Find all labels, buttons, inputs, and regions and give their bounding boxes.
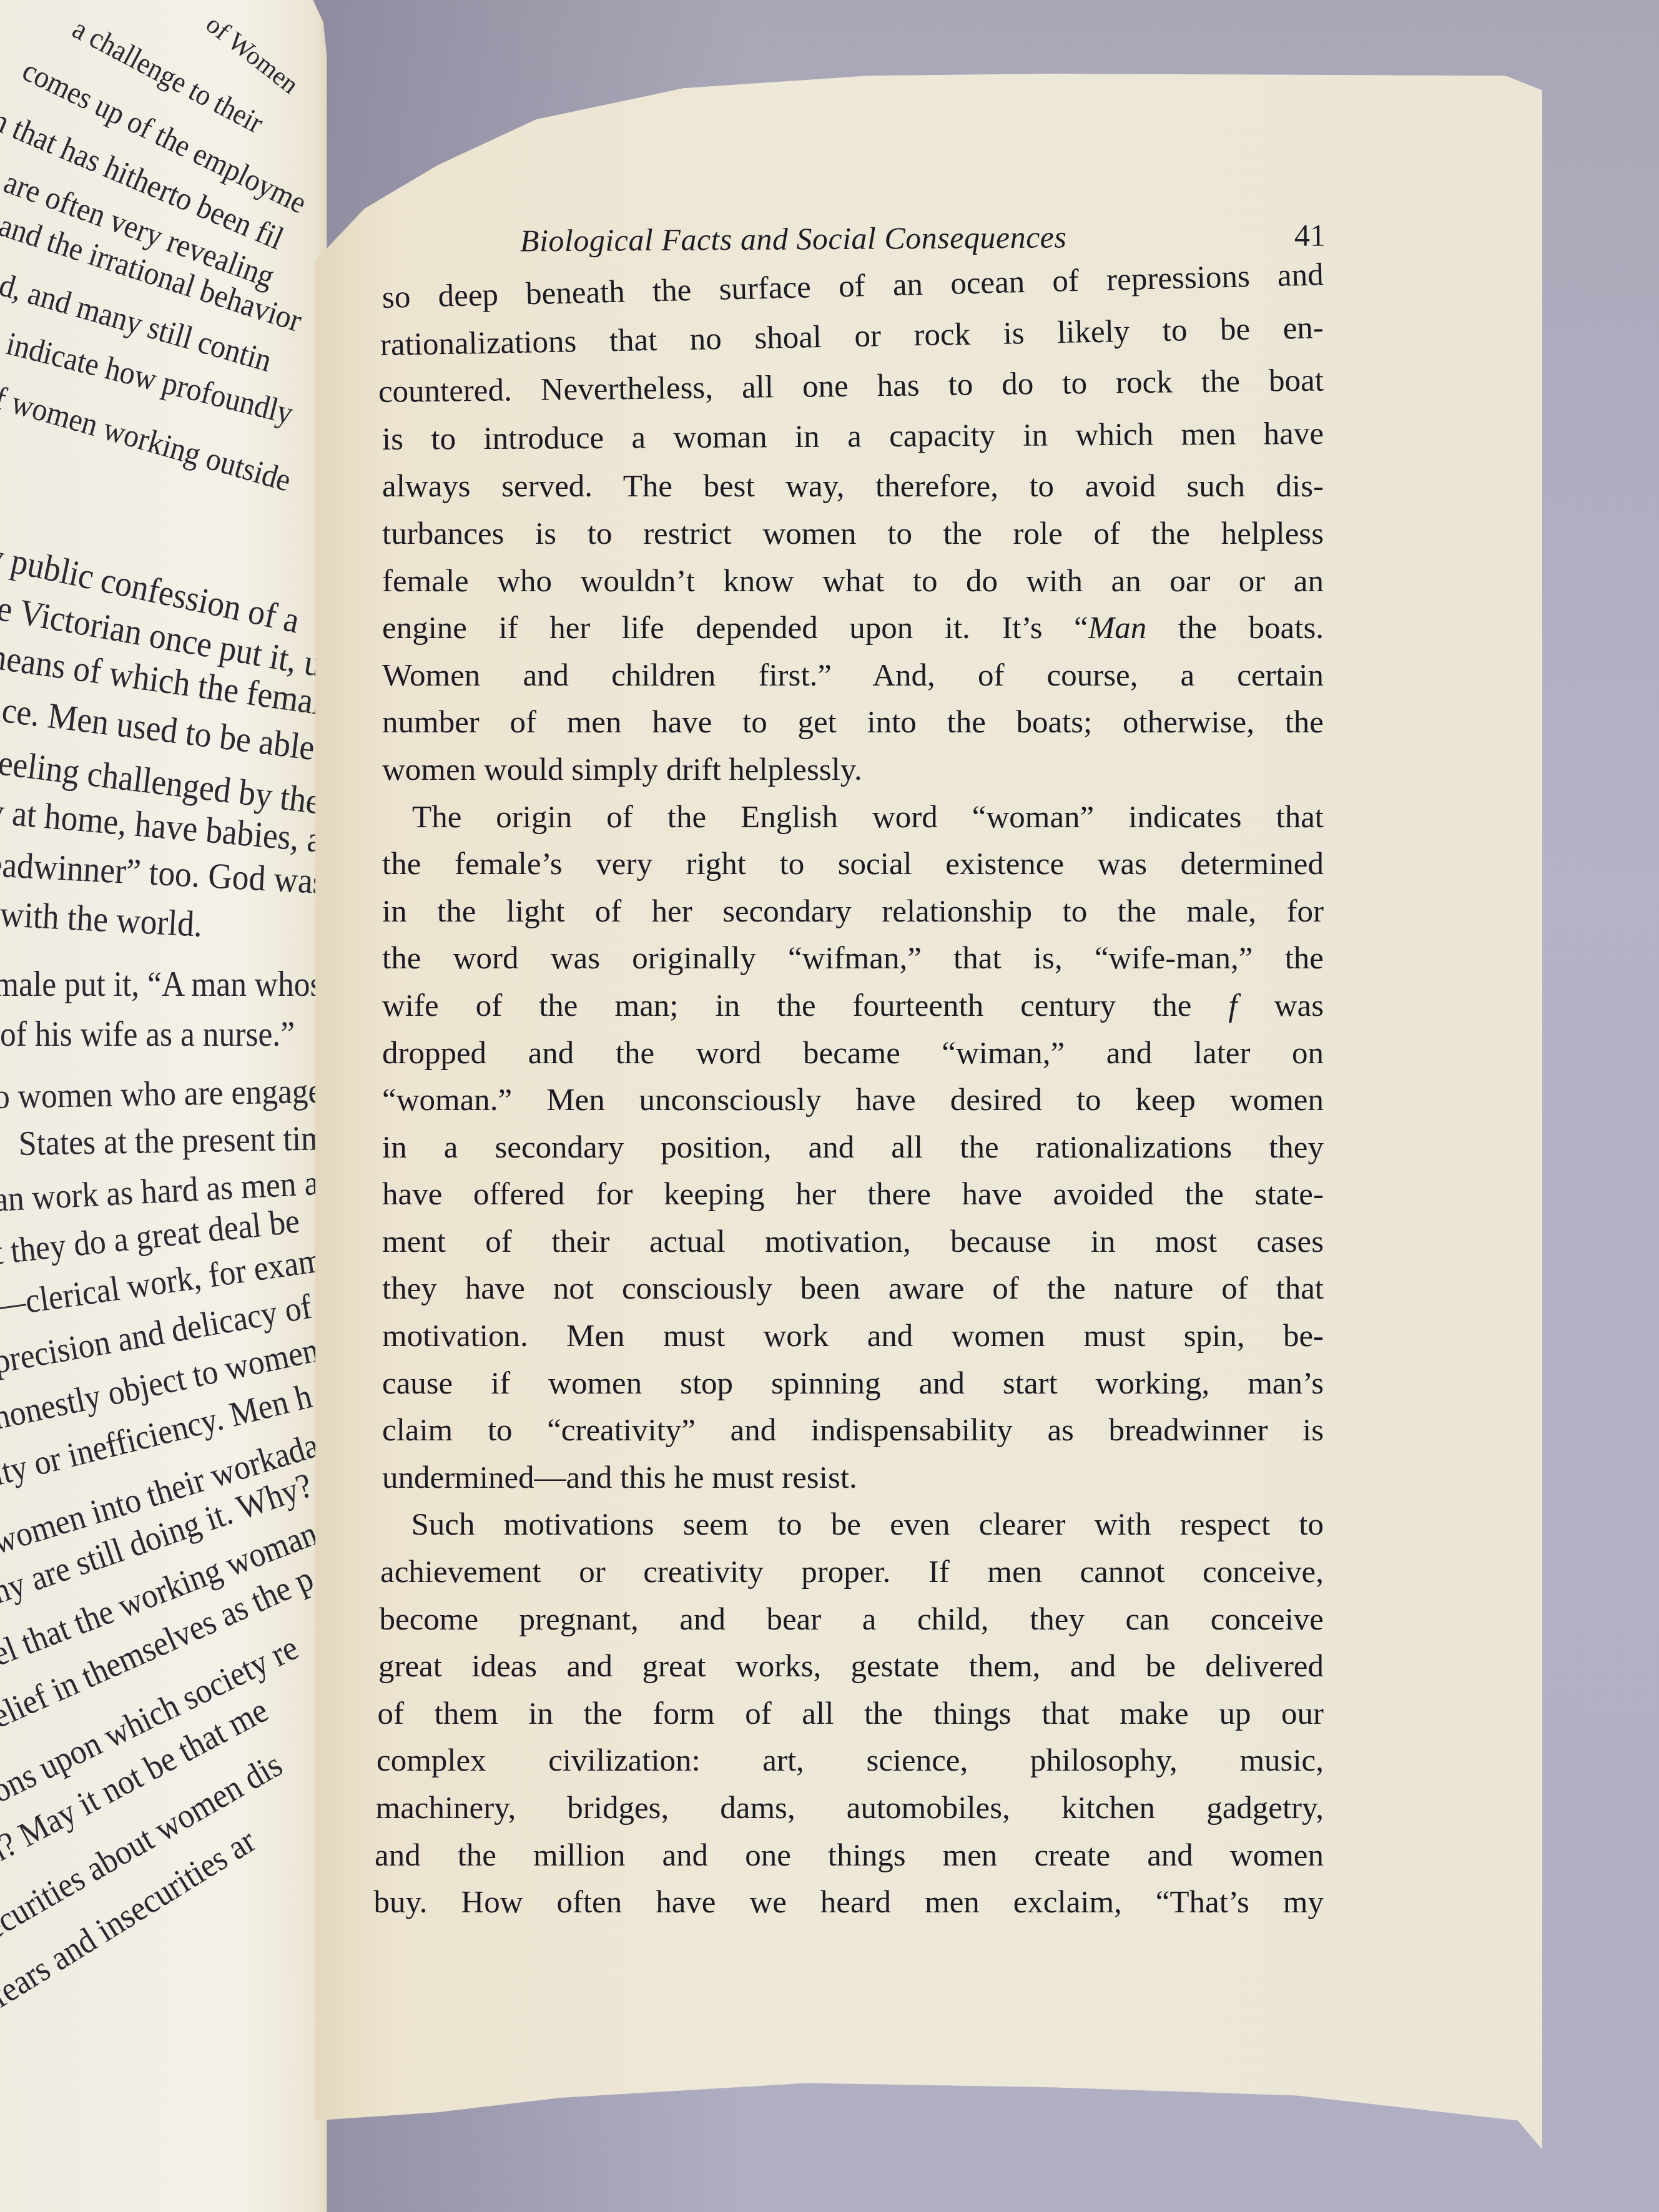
- text-line: in a secondary position, and all the rat…: [382, 1124, 1324, 1172]
- text-line: in the light of her secondary relationsh…: [382, 888, 1324, 936]
- text-line: Such motivations seem to be even clearer…: [382, 1502, 1324, 1549]
- text-line: motivation. Men must work and women must…: [382, 1313, 1324, 1360]
- left-page: of Women a challenge to theircomes up of…: [0, 0, 340, 2212]
- text-line: claim to “creativity” and indispensabili…: [382, 1407, 1324, 1455]
- text-line: have offered for keeping her there have …: [382, 1171, 1324, 1219]
- text-line: the word was originally “wifman,” that i…: [382, 935, 1324, 983]
- text-line: become pregnant, and bear a child, they …: [380, 1596, 1324, 1644]
- text-line: women would simply drift helplessly.: [382, 747, 1324, 794]
- text-line: number of men have to get into the boats…: [382, 699, 1324, 747]
- left-text-line: of his wife as a nurse.”: [0, 1015, 295, 1054]
- left-text-line: o women who are engaged i: [0, 1071, 340, 1117]
- italic-word: Man: [1088, 611, 1146, 646]
- text-line: turbances is to restrict women to the ro…: [382, 511, 1324, 558]
- text-line: engine if her life depended upon it. It’…: [382, 605, 1324, 652]
- italic-word: f: [1228, 988, 1237, 1023]
- text-line: wife of the man; in the fourteenth centu…: [382, 983, 1324, 1030]
- text-line: always served. The best way, therefore, …: [382, 463, 1324, 511]
- text-line: undermined—and this he must resist.: [382, 1455, 1324, 1502]
- text-line: Women and children first.” And, of cours…: [382, 652, 1324, 700]
- text-line: achievement or creativity proper. If men…: [380, 1549, 1324, 1596]
- left-text-line: States at the present time: [18, 1118, 340, 1164]
- left-text-line: male put it, “A man whose: [0, 965, 337, 1005]
- text-line: and the million and one things men creat…: [375, 1832, 1324, 1880]
- body-text: so deep beneath the surface of an ocean …: [382, 275, 1324, 1927]
- text-line: female who wouldn’t know what to do with…: [382, 558, 1324, 606]
- text-line: dropped and the word became “wiman,” and…: [382, 1030, 1324, 1078]
- page-number: 41: [1294, 217, 1326, 253]
- text-line: “woman.” Men unconsciously have desired …: [382, 1077, 1324, 1124]
- text-line: complex civilization: art, science, phil…: [377, 1738, 1324, 1785]
- text-line: ment of their actual motivation, because…: [382, 1219, 1324, 1266]
- text-line: great ideas and great works, gestate the…: [378, 1643, 1324, 1691]
- left-text-line: with the world.: [0, 893, 204, 945]
- text-line: cause if women stop spinning and start w…: [382, 1360, 1324, 1408]
- text-line: is to introduce a woman in a capacity in…: [382, 411, 1324, 464]
- text-line: of them in the form of all the things th…: [378, 1691, 1324, 1738]
- text-line: buy. How often have we heard men exclaim…: [374, 1879, 1324, 1927]
- text-line: The origin of the English word “woman” i…: [382, 794, 1324, 842]
- text-line: the female’s very right to social existe…: [382, 841, 1324, 888]
- text-line: they have not consciously been aware of …: [382, 1266, 1324, 1313]
- running-head-title: Biological Facts and Social Consequences: [520, 219, 1067, 258]
- text-line: machinery, bridges, dams, automobiles, k…: [376, 1785, 1324, 1832]
